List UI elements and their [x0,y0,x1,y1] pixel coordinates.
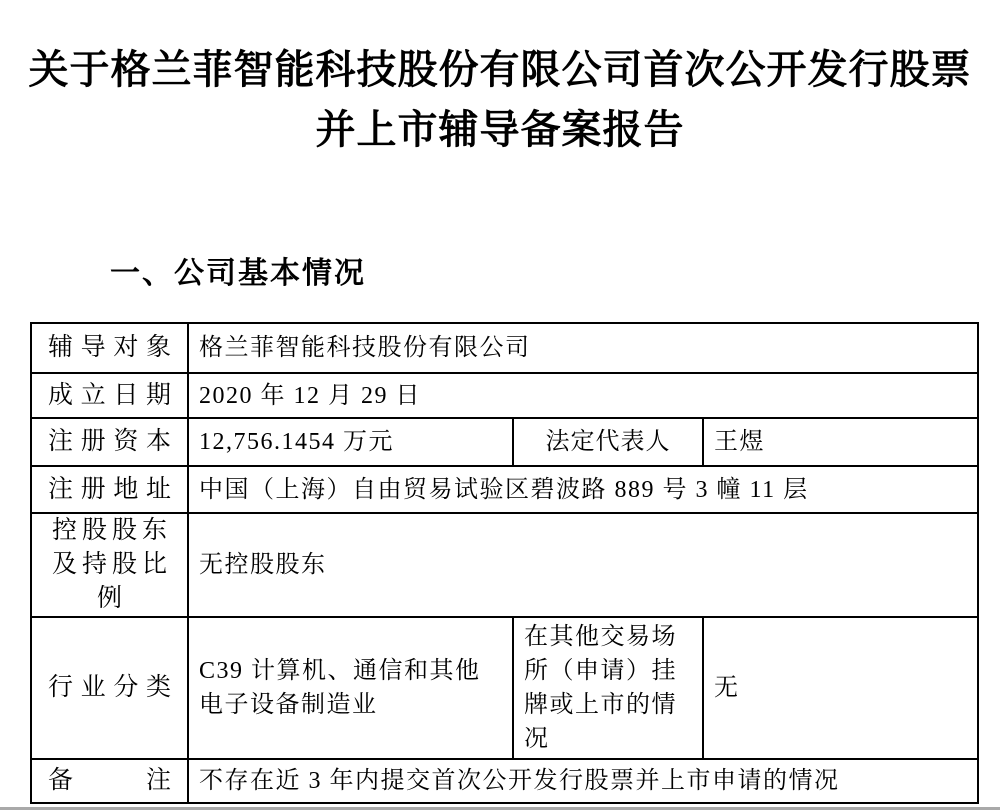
legal-representative-value: 王煜 [703,418,978,466]
other-listing-label: 在其他交易场所（申请）挂牌或上市的情况 [513,617,703,759]
remarks-label: 备注 [31,759,188,803]
company-info-table: 辅导对象 格兰菲智能科技股份有限公司 成立日期 2020 年 12 月 29 日… [30,322,979,804]
page-title-line-1: 关于格兰菲智能科技股份有限公司首次公开发行股票 [0,40,1000,100]
other-listing-value: 无 [703,617,978,759]
industry-classification-label: 行业分类 [31,617,188,759]
table-row-controlling-shareholder: 控股股东及持股比例 无控股股东 [31,513,978,617]
table-row-tutoring-target: 辅导对象 格兰菲智能科技股份有限公司 [31,323,978,373]
tutoring-target-label: 辅导对象 [31,323,188,373]
industry-classification-value: C39 计算机、通信和其他电子设备制造业 [188,617,513,759]
registered-capital-label: 注册资本 [31,418,188,466]
table-row-industry-classification: 行业分类 C39 计算机、通信和其他电子设备制造业 在其他交易场所（申请）挂牌或… [31,617,978,759]
registered-address-value: 中国（上海）自由贸易试验区碧波路 889 号 3 幢 11 层 [188,466,978,513]
registered-capital-value: 12,756.1454 万元 [188,418,513,466]
establishment-date-label: 成立日期 [31,373,188,418]
page-bottom-divider [0,807,1000,810]
page-title-line-2: 并上市辅导备案报告 [0,100,1000,160]
legal-representative-label: 法定代表人 [513,418,703,466]
controlling-shareholder-label: 控股股东及持股比例 [31,513,188,617]
section-heading: 一、公司基本情况 [110,256,1000,292]
table-row-remarks: 备注 不存在近 3 年内提交首次公开发行股票并上市申请的情况 [31,759,978,803]
table-row-registered-address: 注册地址 中国（上海）自由贸易试验区碧波路 889 号 3 幢 11 层 [31,466,978,513]
registered-address-label: 注册地址 [31,466,188,513]
establishment-date-value: 2020 年 12 月 29 日 [188,373,978,418]
controlling-shareholder-value: 无控股股东 [188,513,978,617]
table-row-registered-capital: 注册资本 12,756.1454 万元 法定代表人 王煜 [31,418,978,466]
table-row-establishment-date: 成立日期 2020 年 12 月 29 日 [31,373,978,418]
tutoring-target-value: 格兰菲智能科技股份有限公司 [188,323,978,373]
page-title: 关于格兰菲智能科技股份有限公司首次公开发行股票 并上市辅导备案报告 [0,40,1000,160]
remarks-value: 不存在近 3 年内提交首次公开发行股票并上市申请的情况 [188,759,978,803]
